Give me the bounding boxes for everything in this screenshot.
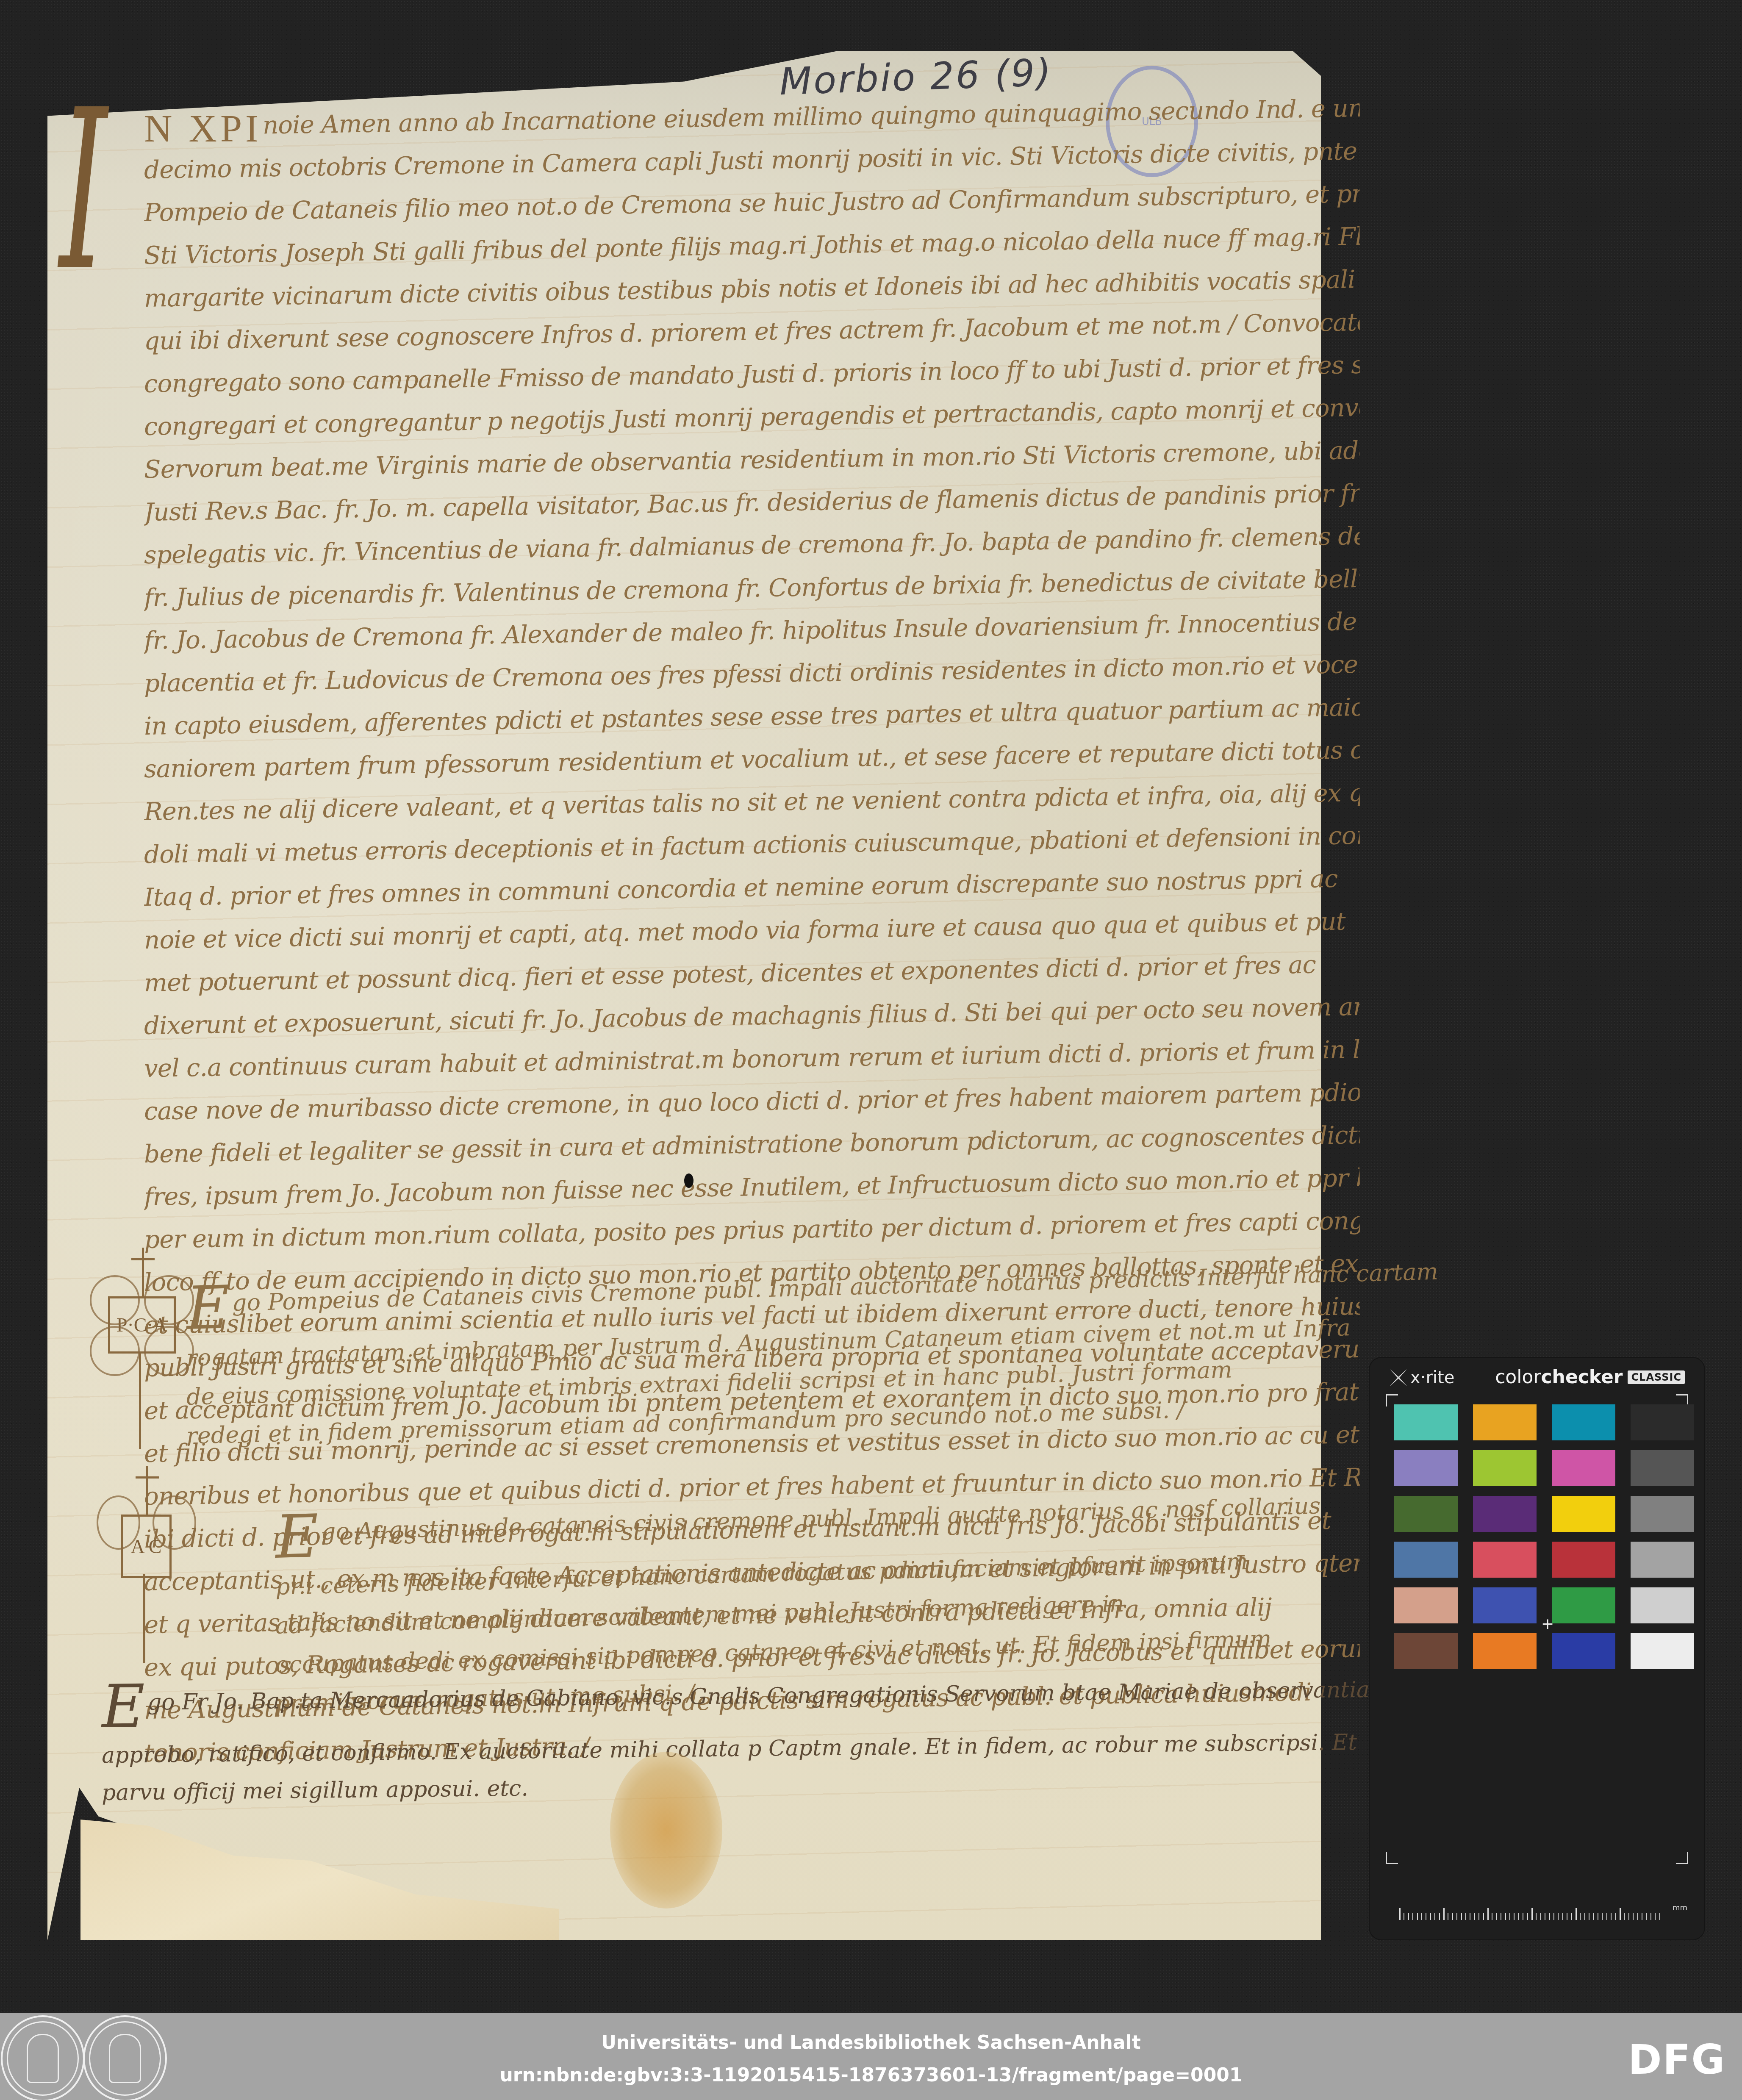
notarial-sign-flourish-icon [153, 1495, 196, 1550]
footer-bar: Universitäts- und Landesbibliothek Sachs… [0, 2013, 1742, 2100]
urn-identifier[interactable]: urn:nbn:de:gbv:3:3-1192015415-1876373601… [0, 2064, 1742, 2086]
colorchecker-header: x·rite colorchecker CLASSIC [1370, 1358, 1704, 1383]
color-patch [1394, 1404, 1458, 1440]
ink-spot [684, 1173, 693, 1188]
xrite-logo: x·rite [1390, 1368, 1454, 1387]
vicar-general-subscription: Ego Fr Jo. Bap.ta Mercaadorius de Gabian… [102, 1678, 1502, 1811]
wittenberg-seal-logo-icon [83, 2015, 167, 2100]
color-patch [1631, 1542, 1694, 1578]
institution-name: Universitäts- und Landesbibliothek Sachs… [0, 2032, 1742, 2053]
subscription-initial: E [186, 1273, 230, 1343]
notary-subscription-pompeius: Ego Pompeius de Cataneis civis Cremone p… [186, 1279, 1439, 1456]
notarial-sign-flourish-icon [97, 1495, 140, 1550]
colorchecker-title: colorchecker CLASSIC [1495, 1366, 1685, 1388]
mm-ruler-major-ticks [1399, 1908, 1662, 1920]
color-patch [1552, 1633, 1615, 1669]
color-patch [1552, 1542, 1615, 1578]
color-patch [1631, 1450, 1694, 1486]
color-patch [1394, 1450, 1458, 1486]
crosshair-icon: + [1541, 1615, 1554, 1633]
wax-seal-stain [610, 1752, 722, 1909]
color-patch [1394, 1587, 1458, 1623]
color-patch [1631, 1496, 1694, 1532]
subscription-initial: E [275, 1502, 319, 1572]
color-patch [1394, 1542, 1458, 1578]
decorated-initial: I [59, 80, 107, 301]
color-patch [1631, 1587, 1694, 1623]
color-patch [1631, 1404, 1694, 1440]
color-patch [1394, 1633, 1458, 1669]
subscription-text: approbo, ratifico, et confirmo. Ex aucto… [102, 1730, 1357, 1768]
color-patch [1552, 1587, 1615, 1623]
dfg-logo: DFG [1628, 2039, 1725, 2080]
xrite-icon [1390, 1369, 1407, 1386]
color-patch [1552, 1450, 1615, 1486]
classic-badge: CLASSIC [1628, 1370, 1685, 1384]
xrite-brand: x·rite [1410, 1368, 1454, 1387]
notarial-sign-flourish-icon [90, 1326, 140, 1376]
color-patch [1473, 1450, 1537, 1486]
subscription-text: go Fr Jo. Bap.ta Mercaadorius de Gabiano… [147, 1676, 1502, 1715]
subscription-text: parvu officij mei sigillum apposui. etc. [102, 1775, 528, 1806]
university-seal-logo-icon [1, 2015, 85, 2100]
notarial-sign-stem [139, 1351, 141, 1449]
color-patch [1552, 1404, 1615, 1440]
subscription-initial: E [101, 1672, 145, 1742]
color-patch [1394, 1496, 1458, 1532]
color-patch [1473, 1633, 1537, 1669]
color-patch [1473, 1587, 1537, 1623]
title-light: color [1495, 1366, 1541, 1388]
notarial-sign-flourish-icon [90, 1275, 140, 1325]
registration-corner-icon [1386, 1852, 1398, 1864]
color-patch [1473, 1496, 1537, 1532]
title-bold: checker [1541, 1366, 1623, 1388]
color-patch [1473, 1542, 1537, 1578]
registration-corner-icon [1676, 1852, 1688, 1864]
notarial-sign-stem [143, 1574, 145, 1663]
color-patch [1631, 1633, 1694, 1669]
ruler-unit: mm [1673, 1903, 1687, 1912]
color-patch [1473, 1404, 1537, 1440]
color-patch [1552, 1496, 1615, 1532]
colorchecker-card: x·rite colorchecker CLASSIC + mm [1370, 1358, 1704, 1939]
